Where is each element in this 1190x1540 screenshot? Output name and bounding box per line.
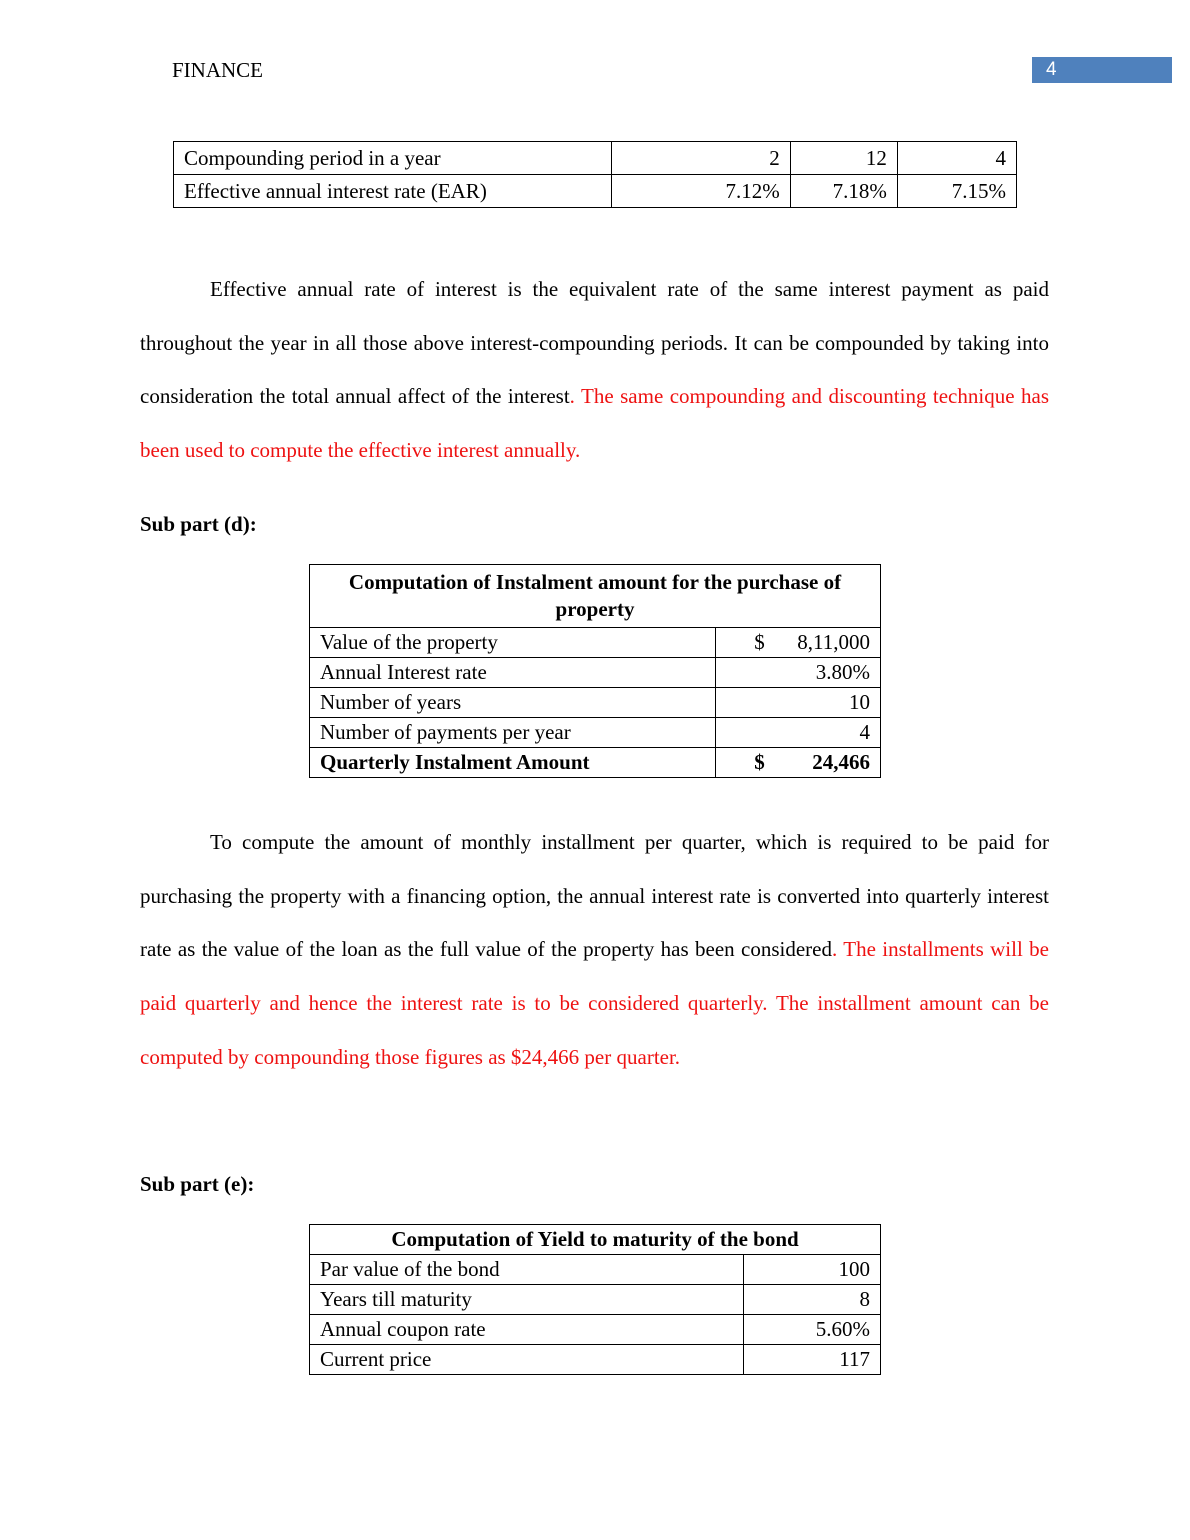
subpart-e-heading: Sub part (e):	[140, 1172, 254, 1197]
table-row: Number of years 10	[310, 688, 881, 718]
row-label: Par value of the bond	[310, 1255, 744, 1285]
row-label: Quarterly Instalment Amount	[310, 748, 716, 778]
table-row: Compounding period in a year 2 12 4	[174, 142, 1017, 175]
cell-value: 5.60%	[744, 1315, 881, 1345]
value: 8,11,000	[797, 630, 870, 654]
row-label: Current price	[310, 1345, 744, 1375]
cell-value: 4	[716, 718, 881, 748]
row-label: Annual Interest rate	[310, 658, 716, 688]
cell-value: 7.15%	[897, 175, 1016, 208]
table-header-row: Computation of Yield to maturity of the …	[310, 1225, 881, 1255]
cell-value: 3.80%	[716, 658, 881, 688]
cell-value: $24,466	[716, 748, 881, 778]
row-label: Compounding period in a year	[174, 142, 612, 175]
table-row: Value of the property $8,11,000	[310, 628, 881, 658]
table-total-row: Quarterly Instalment Amount $24,466	[310, 748, 881, 778]
paragraph-ear-explanation: Effective annual rate of interest is the…	[140, 263, 1049, 478]
table-row: Current price 117	[310, 1345, 881, 1375]
ear-table: Compounding period in a year 2 12 4 Effe…	[173, 141, 1017, 208]
table-row: Annual coupon rate 5.60%	[310, 1315, 881, 1345]
table-row: Number of payments per year 4	[310, 718, 881, 748]
cell-value: 7.18%	[790, 175, 897, 208]
page-number-badge: 4	[1032, 57, 1172, 83]
cell-value: 7.12%	[611, 175, 790, 208]
cell-value: 10	[716, 688, 881, 718]
instalment-table: Computation of Instalment amount for the…	[309, 564, 881, 778]
currency-symbol: $	[754, 748, 765, 777]
row-label: Annual coupon rate	[310, 1315, 744, 1345]
table-row: Annual Interest rate 3.80%	[310, 658, 881, 688]
cell-value: 12	[790, 142, 897, 175]
cell-value: $8,11,000	[716, 628, 881, 658]
cell-value: 8	[744, 1285, 881, 1315]
table-row: Years till maturity 8	[310, 1285, 881, 1315]
row-label: Value of the property	[310, 628, 716, 658]
row-label: Number of years	[310, 688, 716, 718]
currency-symbol: $	[754, 628, 765, 657]
row-label: Years till maturity	[310, 1285, 744, 1315]
cell-value: 117	[744, 1345, 881, 1375]
table-row: Effective annual interest rate (EAR) 7.1…	[174, 175, 1017, 208]
paragraph-instalment-explanation: To compute the amount of monthly install…	[140, 816, 1049, 1085]
value: 24,466	[812, 750, 870, 774]
ytm-table: Computation of Yield to maturity of the …	[309, 1224, 881, 1375]
cell-value: 2	[611, 142, 790, 175]
table-row: Par value of the bond 100	[310, 1255, 881, 1285]
row-label: Effective annual interest rate (EAR)	[174, 175, 612, 208]
cell-value: 100	[744, 1255, 881, 1285]
subpart-d-heading: Sub part (d):	[140, 512, 257, 537]
running-header-title: FINANCE	[172, 58, 263, 83]
table-header-row: Computation of Instalment amount for the…	[310, 565, 881, 628]
table-title: Computation of Instalment amount for the…	[310, 565, 881, 628]
table-title: Computation of Yield to maturity of the …	[310, 1225, 881, 1255]
cell-value: 4	[897, 142, 1016, 175]
row-label: Number of payments per year	[310, 718, 716, 748]
